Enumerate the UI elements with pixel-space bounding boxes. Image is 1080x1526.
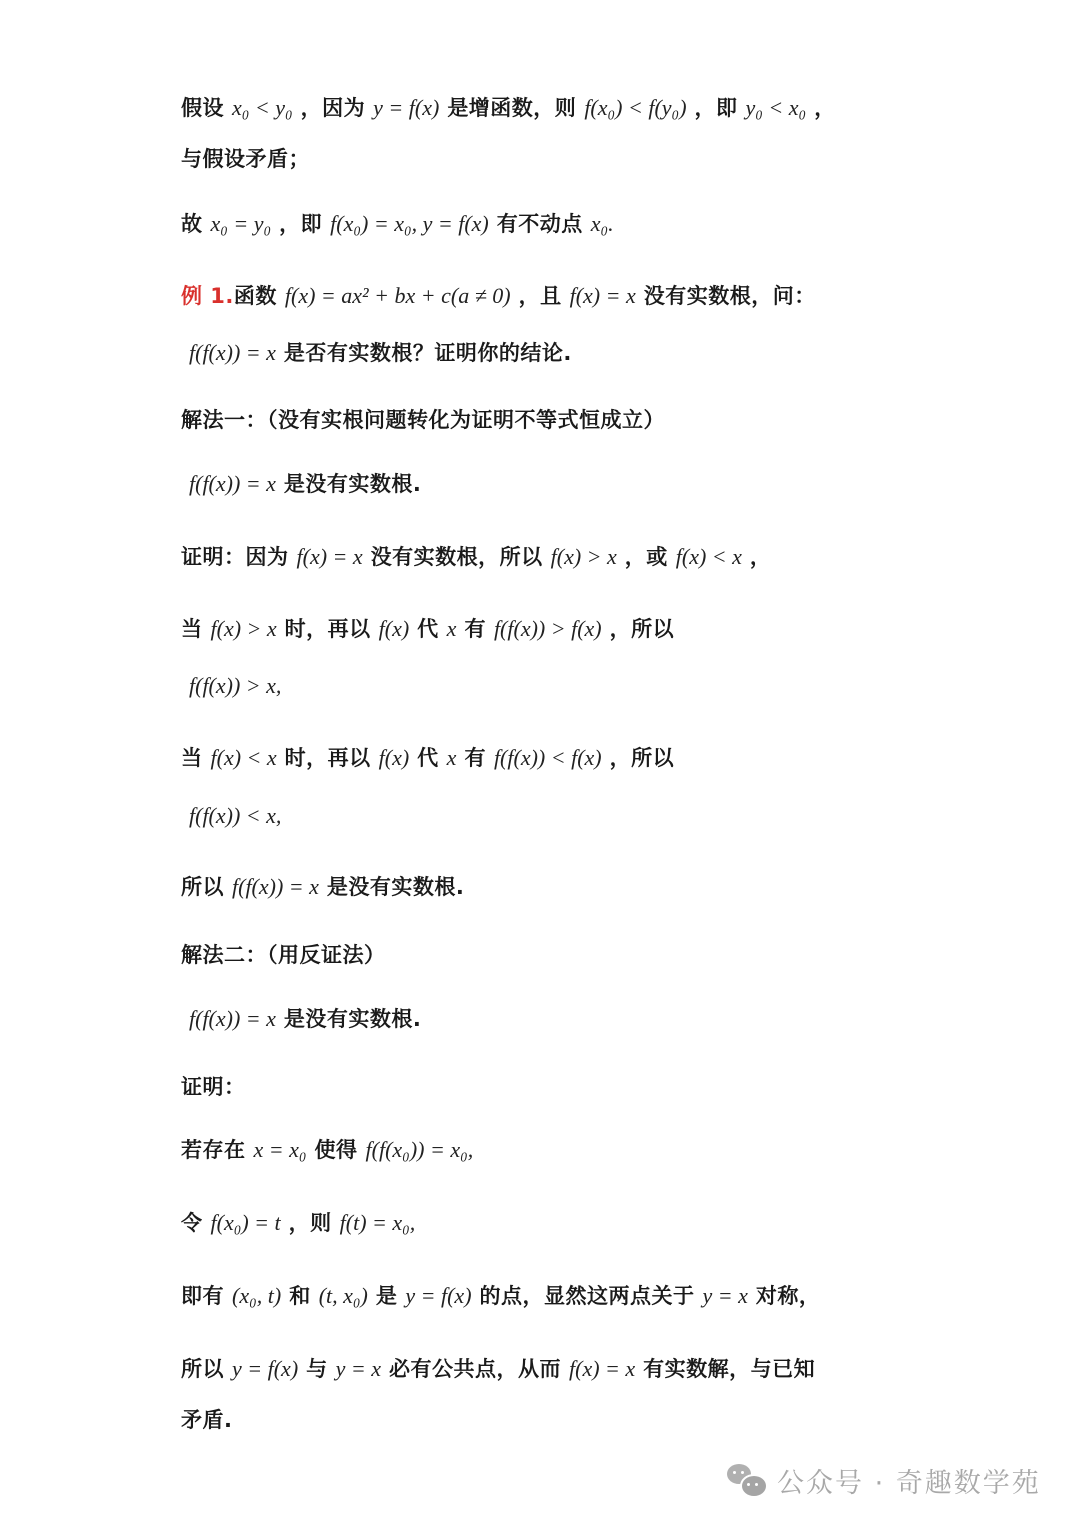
text-segment: 故 [181, 212, 203, 236]
text-segment: 的点，显然这两点关于 [480, 1284, 695, 1308]
text-segment: 必有公共点，从而 [389, 1357, 561, 1381]
watermark: 公众号 · 奇趣数学苑 [727, 1458, 1041, 1502]
text-segment: 证明： [181, 1075, 246, 1099]
text-line: f(f(x)) = x是否有实数根？证明你的结论. [181, 333, 572, 373]
text-segment: 没有实数根，问： [644, 284, 816, 308]
math-expression: f(x) [379, 616, 410, 641]
text-segment: ，则 [289, 1211, 332, 1235]
text-line: 解法二：（用反证法） [181, 935, 386, 975]
text-segment: ， [750, 545, 772, 569]
math-expression: f(x) > x [211, 616, 277, 641]
text-segment: 证明：因为 [181, 545, 289, 569]
text-segment: 有实数解，与已知 [643, 1357, 815, 1381]
math-expression: f(f(x)) > f(x) [494, 616, 602, 641]
text-line: 矛盾. [181, 1400, 232, 1440]
math-expression: f(f(x)) = x [189, 340, 276, 365]
text-segment: ，或 [625, 545, 668, 569]
text-segment: 是没有实数根. [284, 472, 421, 496]
text-segment: ，因为 [301, 96, 366, 120]
text-line: 当f(x) < x时，再以f(x)代x有f(f(x)) < f(x)，所以 [181, 738, 674, 778]
text-line: 例 1.函数f(x) = ax² + bx + c(a ≠ 0)，且f(x) =… [181, 276, 816, 316]
text-segment: 假设 [181, 96, 224, 120]
text-segment: 有 [464, 617, 486, 641]
text-segment: 代 [417, 617, 439, 641]
math-expression: f(x) = ax² + bx + c(a ≠ 0) [285, 283, 511, 308]
text-line: f(f(x)) > x, [181, 666, 289, 706]
text-segment: 有 [464, 746, 486, 770]
math-expression: f(x) = x [297, 544, 363, 569]
math-expression: y = x [336, 1356, 381, 1381]
text-segment: 解法一：（没有实根问题转化为证明不等式恒成立） [181, 408, 665, 432]
math-expression: f(x) > x [551, 544, 617, 569]
text-segment: ，所以 [610, 617, 675, 641]
math-expression: f(x) = x [569, 1356, 635, 1381]
text-segment: 与假设矛盾； [181, 147, 310, 171]
text-line: f(f(x)) = x是没有实数根. [181, 999, 421, 1039]
math-expression: f(x) < x [211, 745, 277, 770]
text-segment: 即有 [181, 1284, 224, 1308]
text-line: 与假设矛盾； [181, 139, 310, 179]
math-expression: x₀ < y₀ [232, 95, 293, 120]
text-segment: 代 [417, 746, 439, 770]
text-line: 所以y = f(x)与y = x必有公共点，从而f(x) = x有实数解，与已知 [181, 1349, 815, 1389]
text-line: 若存在x = x₀使得f(f(x₀)) = x₀, [181, 1130, 481, 1170]
text-segment: ，即 [695, 96, 738, 120]
math-expression: x [447, 745, 457, 770]
math-expression: f(x) [379, 745, 410, 770]
math-expression: x [447, 616, 457, 641]
text-segment: ，且 [519, 284, 562, 308]
math-expression: y = f(x) [405, 1283, 471, 1308]
example-label: 例 1. [181, 284, 234, 308]
text-segment: 使得 [315, 1138, 358, 1162]
math-expression: f(x) = x [570, 283, 636, 308]
math-expression: f(f(x)) = x [189, 471, 276, 496]
text-segment: 当 [181, 617, 203, 641]
math-expression: f(f(x)) < x, [189, 803, 281, 828]
text-segment: 函数 [234, 284, 277, 308]
text-segment: 时，再以 [285, 746, 371, 770]
math-expression: (t, x₀) [319, 1283, 368, 1308]
text-segment: 是没有实数根. [327, 875, 464, 899]
math-expression: y₀ < x₀ [746, 95, 807, 120]
text-segment: 是 [376, 1284, 398, 1308]
math-expression: y = f(x) [373, 95, 439, 120]
math-expression: (x₀, t) [232, 1283, 281, 1308]
math-expression: f(x₀) = x₀, y = f(x) [330, 211, 489, 236]
text-segment: 和 [289, 1284, 311, 1308]
text-segment: 没有实数根，所以 [371, 545, 543, 569]
text-segment: 所以 [181, 1357, 224, 1381]
text-segment: 有不动点 [497, 212, 583, 236]
text-segment: 是增函数，则 [447, 96, 576, 120]
text-segment: 时，再以 [285, 617, 371, 641]
text-line: f(f(x)) = x是没有实数根. [181, 464, 421, 504]
text-segment: ，即 [279, 212, 322, 236]
text-line: 证明： [181, 1067, 246, 1107]
text-line: 所以f(f(x)) = x是没有实数根. [181, 867, 464, 907]
text-segment: 令 [181, 1211, 203, 1235]
math-expression: x = x₀ [254, 1137, 307, 1162]
text-segment: 解法二：（用反证法） [181, 943, 386, 967]
math-expression: f(x₀) = t [211, 1210, 281, 1235]
math-expression: f(f(x)) > x, [189, 673, 281, 698]
math-expression: f(x) < x [676, 544, 742, 569]
math-expression: f(f(x₀)) = x₀, [366, 1137, 474, 1162]
text-segment: 是否有实数根？证明你的结论. [284, 341, 572, 365]
text-line: 当f(x) > x时，再以f(x)代x有f(f(x)) > f(x)，所以 [181, 609, 674, 649]
text-line: 令f(x₀) = t，则f(t) = x₀, [181, 1203, 423, 1243]
math-expression: f(t) = x₀, [340, 1210, 416, 1235]
math-expression: y = x [703, 1283, 748, 1308]
text-line: 证明：因为f(x) = x没有实数根，所以f(x) > x，或f(x) < x， [181, 537, 771, 577]
math-expression: x₀ = y₀ [211, 211, 272, 236]
math-expression: f(f(x)) = x [232, 874, 319, 899]
text-line: 假设x₀ < y₀，因为y = f(x)是增函数，则f(x₀) < f(y₀)，… [181, 88, 836, 128]
math-expression: x₀. [591, 211, 614, 236]
text-segment: 当 [181, 746, 203, 770]
text-line: f(f(x)) < x, [181, 796, 289, 836]
math-expression: f(x₀) < f(y₀) [584, 95, 686, 120]
text-line: 故x₀ = y₀，即f(x₀) = x₀, y = f(x)有不动点x₀. [181, 204, 622, 244]
text-segment: 所以 [181, 875, 224, 899]
watermark-text: 公众号 · 奇趣数学苑 [777, 1461, 1041, 1500]
text-segment: 矛盾. [181, 1408, 232, 1432]
text-segment: ，所以 [610, 746, 675, 770]
text-segment: 若存在 [181, 1138, 246, 1162]
wechat-icon [727, 1462, 767, 1498]
math-expression: f(f(x)) < f(x) [494, 745, 602, 770]
text-segment: 是没有实数根. [284, 1007, 421, 1031]
math-expression: y = f(x) [232, 1356, 298, 1381]
text-segment: ， [814, 96, 836, 120]
text-line: 解法一：（没有实根问题转化为证明不等式恒成立） [181, 400, 665, 440]
text-segment: 与 [306, 1357, 328, 1381]
text-segment: 对称， [756, 1284, 821, 1308]
math-expression: f(f(x)) = x [189, 1006, 276, 1031]
text-line: 即有(x₀, t)和(t, x₀)是y = f(x)的点，显然这两点关于y = … [181, 1276, 820, 1316]
